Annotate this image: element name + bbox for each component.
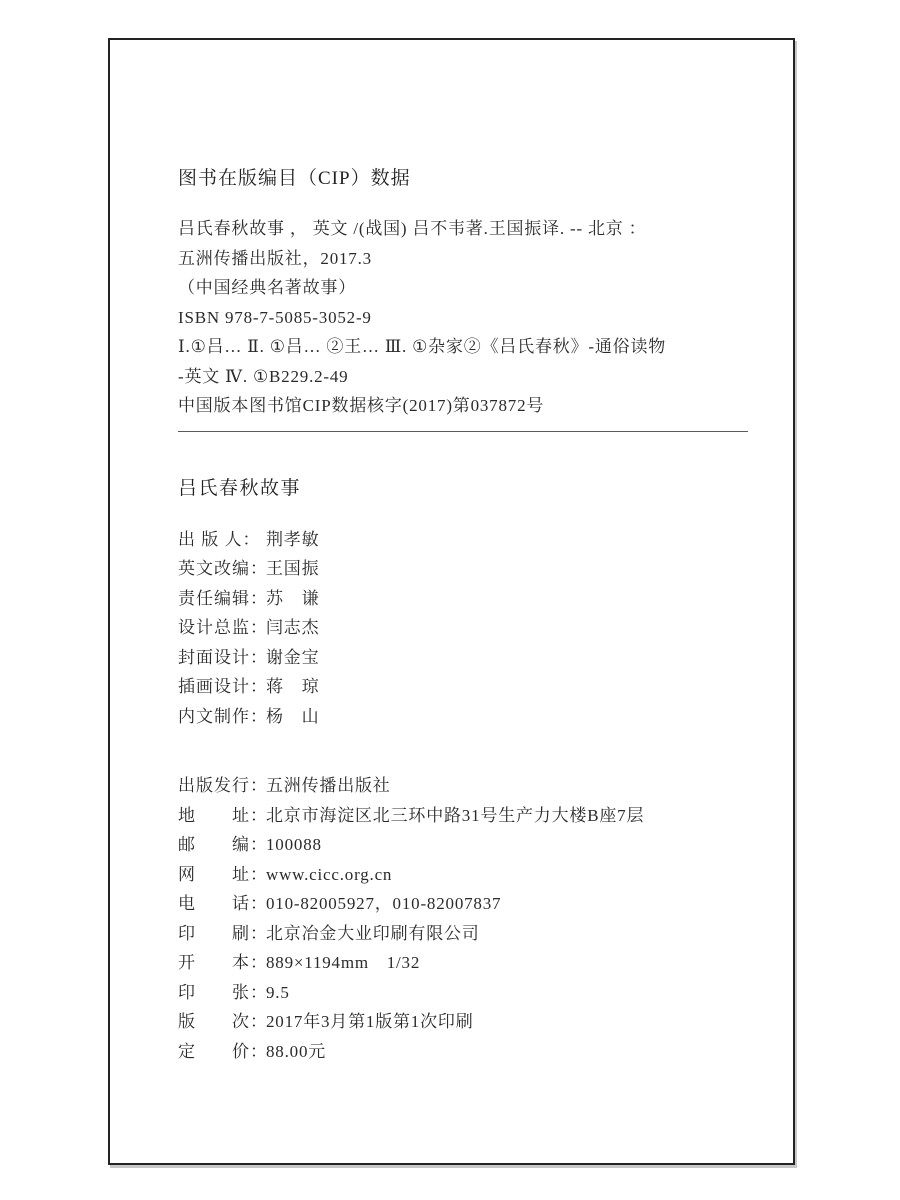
row-label: 网 址： — [178, 860, 266, 890]
staff-row-cover-design: 封面设计：谢金宝 — [178, 643, 751, 673]
horizontal-divider — [178, 431, 748, 432]
cip-line: （中国经典名著故事） — [178, 273, 751, 303]
row-value: 9.5 — [266, 983, 290, 1002]
pub-row-price: 定 价：88.00元 — [178, 1037, 751, 1067]
publishing-info-list: 出版发行：五洲传播出版社 地 址：北京市海淀区北三环中路31号生产力大楼B座7层… — [178, 771, 751, 1066]
pub-row-telephone: 电 话：010-82005927，010-82007837 — [178, 889, 751, 919]
row-value: www.cicc.org.cn — [266, 865, 392, 884]
row-value: 889×1194mm 1/32 — [266, 953, 420, 972]
pub-row-publisher: 出版发行：五洲传播出版社 — [178, 771, 751, 801]
row-label: 电 话： — [178, 889, 266, 919]
row-value: 北京冶金大业印刷有限公司 — [266, 924, 480, 943]
row-value: 010-82005927，010-82007837 — [266, 894, 501, 913]
row-value: 2017年3月第1版第1次印刷 — [266, 1012, 474, 1031]
staff-row-illustration-design: 插画设计：蒋 琼 — [178, 672, 751, 702]
row-value: 100088 — [266, 835, 322, 854]
staff-row-editor: 责任编辑：苏 谦 — [178, 584, 751, 614]
staff-credits-list: 出 版 人：荆孝敏 英文改编：王国振 责任编辑：苏 谦 设计总监：闫志杰 封面设… — [178, 525, 751, 732]
pub-row-address: 地 址：北京市海淀区北三环中路31号生产力大楼B座7层 — [178, 801, 751, 831]
pub-row-printer: 印 刷：北京冶金大业印刷有限公司 — [178, 919, 751, 949]
staff-row-publisher: 出 版 人：荆孝敏 — [178, 525, 751, 555]
pub-row-format: 开 本：889×1194mm 1/32 — [178, 948, 751, 978]
row-value: 88.00元 — [266, 1042, 326, 1061]
row-label: 地 址： — [178, 801, 266, 831]
pub-row-website: 网 址：www.cicc.org.cn — [178, 860, 751, 890]
staff-row-design-director: 设计总监：闫志杰 — [178, 613, 751, 643]
row-label: 印 张： — [178, 978, 266, 1008]
pub-row-sheets: 印 张：9.5 — [178, 978, 751, 1008]
cip-line: 吕氏春秋故事 ， 英文 /(战国) 吕不韦著.王国振译. -- 北京 ： — [178, 214, 751, 244]
row-value: 杨 山 — [266, 707, 319, 726]
row-value: 荆孝敏 — [266, 530, 319, 549]
row-label: 内文制作： — [178, 702, 266, 732]
row-value: 王国振 — [266, 559, 319, 578]
row-label: 印 刷： — [178, 919, 266, 949]
cip-line: 五洲传播出版社，2017.3 — [178, 244, 751, 274]
cip-data-block: 吕氏春秋故事 ， 英文 /(战国) 吕不韦著.王国振译. -- 北京 ： 五洲传… — [178, 214, 751, 421]
cip-line-classification: Ⅰ.①吕… Ⅱ. ①吕… ②王… Ⅲ. ①杂家②《吕氏春秋》-通俗读物 — [178, 332, 751, 362]
cip-line-classification: -英文 Ⅳ. ①B229.2-49 — [178, 362, 751, 392]
row-label: 责任编辑： — [178, 584, 266, 614]
cip-line-isbn: ISBN 978-7-5085-3052-9 — [178, 303, 751, 333]
row-value: 苏 谦 — [266, 589, 319, 608]
cip-line-record-number: 中国版本图书馆CIP数据核字(2017)第037872号 — [178, 391, 751, 421]
row-label: 邮 编： — [178, 830, 266, 860]
row-label: 定 价： — [178, 1037, 266, 1067]
row-value: 谢金宝 — [266, 648, 319, 667]
row-label: 插画设计： — [178, 672, 266, 702]
cip-heading: 图书在版编目（CIP）数据 — [178, 164, 751, 194]
row-label: 出 版 人： — [178, 525, 266, 555]
staff-row-layout: 内文制作：杨 山 — [178, 702, 751, 732]
staff-row-english-adaptation: 英文改编：王国振 — [178, 554, 751, 584]
row-label: 封面设计： — [178, 643, 266, 673]
copyright-page: 图书在版编目（CIP）数据 吕氏春秋故事 ， 英文 /(战国) 吕不韦著.王国振… — [108, 38, 795, 1165]
pub-row-postcode: 邮 编：100088 — [178, 830, 751, 860]
row-value: 闫志杰 — [266, 618, 319, 637]
book-title: 吕氏春秋故事 — [178, 474, 751, 504]
row-label: 版 次： — [178, 1007, 266, 1037]
pub-row-edition: 版 次：2017年3月第1版第1次印刷 — [178, 1007, 751, 1037]
row-label: 英文改编： — [178, 554, 266, 584]
row-value: 五洲传播出版社 — [266, 776, 391, 795]
row-label: 开 本： — [178, 948, 266, 978]
row-value: 蒋 琼 — [266, 677, 319, 696]
row-label: 出版发行： — [178, 771, 266, 801]
row-value: 北京市海淀区北三环中路31号生产力大楼B座7层 — [266, 806, 644, 825]
row-label: 设计总监： — [178, 613, 266, 643]
